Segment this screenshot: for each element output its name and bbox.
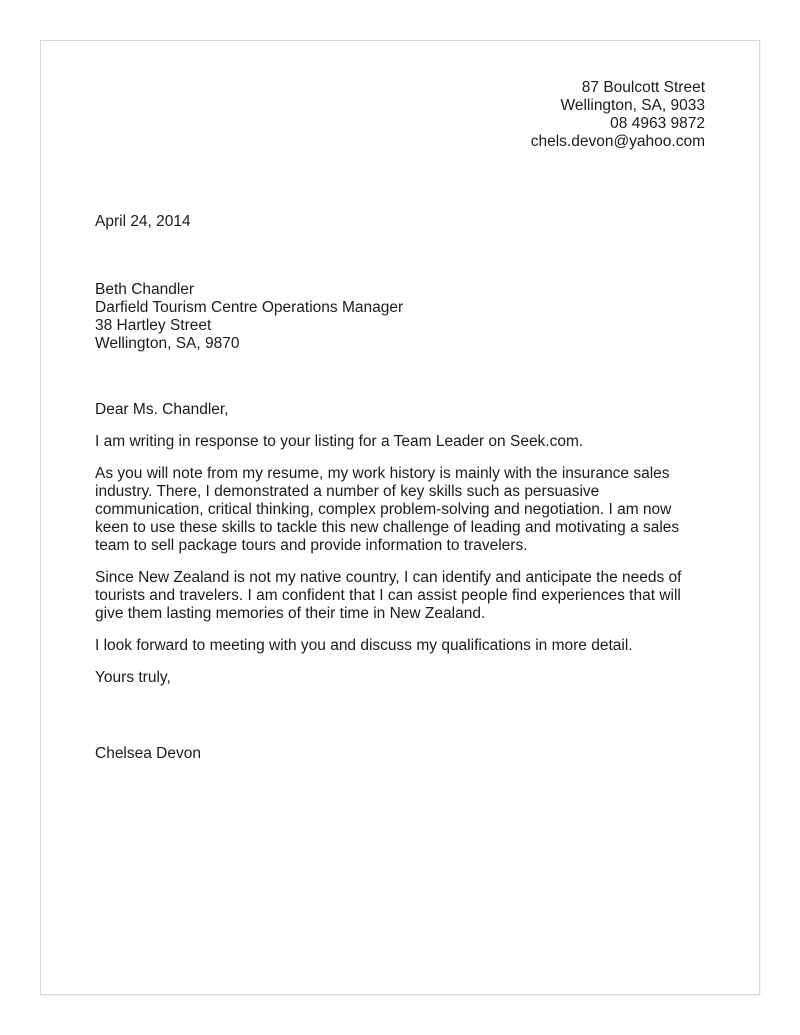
sender-address: 87 Boulcott Street Wellington, SA, 9033 … — [95, 79, 705, 151]
sender-address-line: 87 Boulcott Street — [95, 79, 705, 97]
recipient-address-line: 38 Hartley Street — [95, 317, 705, 335]
body-paragraph: Since New Zealand is not my native count… — [95, 569, 705, 623]
recipient-name: Beth Chandler — [95, 281, 705, 299]
recipient-address-line: Wellington, SA, 9870 — [95, 335, 705, 353]
sender-phone: 08 4963 9872 — [95, 115, 705, 133]
sender-email: chels.devon@yahoo.com — [95, 133, 705, 151]
letter-content: 87 Boulcott Street Wellington, SA, 9033 … — [41, 41, 759, 801]
letter-page: 87 Boulcott Street Wellington, SA, 9033 … — [40, 40, 760, 995]
body-paragraph: I am writing in response to your listing… — [95, 433, 705, 451]
body-paragraph: As you will note from my resume, my work… — [95, 465, 705, 555]
salutation: Dear Ms. Chandler, — [95, 401, 705, 419]
signature-name: Chelsea Devon — [95, 745, 705, 763]
closing: Yours truly, — [95, 669, 705, 687]
sender-address-line: Wellington, SA, 9033 — [95, 97, 705, 115]
body-paragraph: I look forward to meeting with you and d… — [95, 637, 705, 655]
recipient-address: Beth Chandler Darfield Tourism Centre Op… — [95, 281, 705, 353]
recipient-title: Darfield Tourism Centre Operations Manag… — [95, 299, 705, 317]
letter-date: April 24, 2014 — [95, 213, 705, 231]
